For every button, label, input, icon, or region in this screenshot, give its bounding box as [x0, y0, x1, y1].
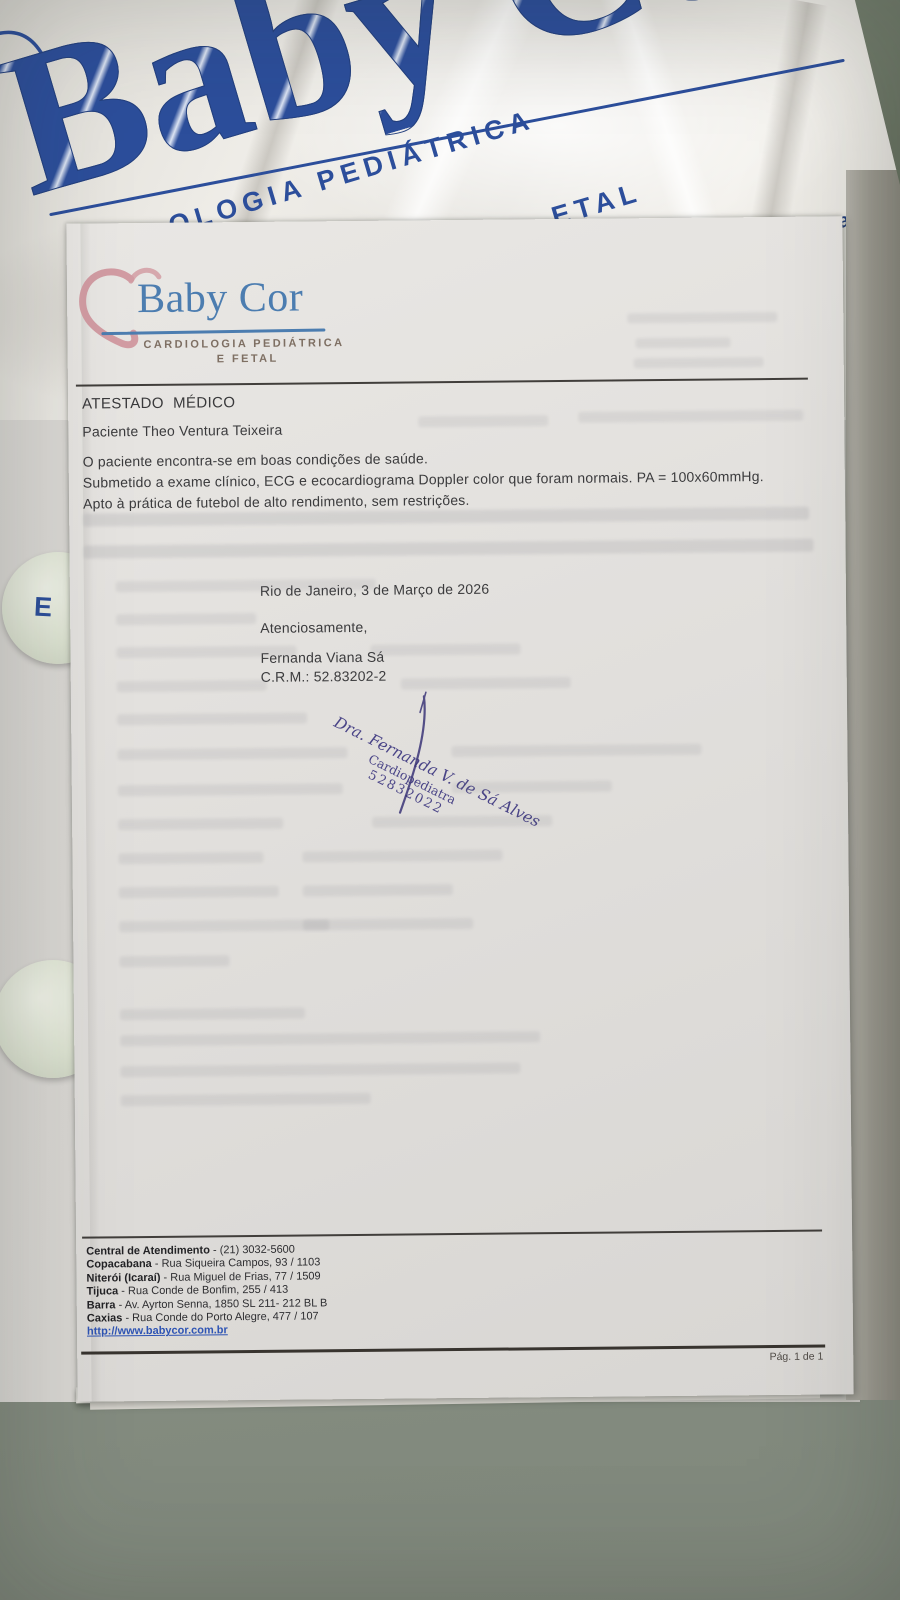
- footer-label: Barra: [87, 1299, 116, 1311]
- bleed-through-line: [401, 677, 571, 690]
- bleed-through-line: [119, 919, 329, 932]
- footer-rule: [82, 1230, 822, 1239]
- footer-value: - Av. Ayrton Senna, 1850 SL 211- 212 BL …: [115, 1297, 327, 1311]
- crm-line: C.R.M.: 52.83202-2: [261, 668, 387, 685]
- bleed-through-line: [302, 850, 502, 863]
- body-line-3: Apto à prática de futebol de alto rendim…: [83, 492, 470, 512]
- letterhead-caption-1: CARDIOLOGIA PEDIÁTRICA: [143, 337, 344, 351]
- patient-line: Paciente Theo Ventura Teixeira: [82, 422, 282, 440]
- footer-block: Central de Atendimento - (21) 3032-5600 …: [86, 1243, 327, 1339]
- bleed-through-line: [635, 337, 730, 348]
- bleed-through-line: [118, 818, 283, 831]
- photo-scene: Baby Cor OLOGIA PEDIÁTRICA ETAL ma E Bab…: [0, 0, 900, 1600]
- bleed-through-line: [117, 712, 307, 725]
- bleed-through-line: [627, 312, 777, 323]
- bleed-through-line: [451, 744, 701, 757]
- website-url: http://www.babycor.com.br: [87, 1324, 328, 1340]
- footer-label: Tijuca: [87, 1286, 119, 1298]
- bleed-through-line: [116, 646, 296, 659]
- bleed-through-line: [116, 613, 256, 625]
- footer-value: - Rua Conde do Porto Alegre, 477 / 107: [122, 1310, 318, 1324]
- bleed-through-line: [418, 415, 548, 427]
- footer-label: Central de Atendimento: [86, 1244, 210, 1257]
- bleed-through-line: [303, 918, 473, 931]
- bleed-through-line: [452, 781, 612, 794]
- bleed-through-line: [303, 884, 453, 896]
- body-line-1: O paciente encontra-se em boas condições…: [83, 450, 429, 469]
- pen-signature-stroke: [389, 682, 444, 823]
- bleed-through-line: [119, 886, 279, 899]
- document-title: ATESTADO MÉDICO: [82, 394, 236, 412]
- footer-value: - (21) 3032-5600: [210, 1244, 295, 1257]
- bleed-through-line: [117, 680, 267, 692]
- bleed-through-line: [121, 1093, 371, 1106]
- letterhead-brand: Baby Cor: [137, 273, 304, 323]
- footer-label: Caxias: [87, 1312, 123, 1324]
- footer-value: - Rua Siqueira Campos, 93 / 1103: [152, 1257, 321, 1271]
- folder-tab-letter: E: [33, 592, 53, 624]
- bleed-through-line: [118, 783, 343, 796]
- bleed-through-line: [120, 1031, 540, 1046]
- bleed-through-line: [83, 539, 813, 559]
- bleed-through-line: [117, 747, 347, 760]
- bleed-through-line: [120, 1062, 520, 1077]
- bleed-through-line: [120, 1007, 305, 1020]
- bleed-through-line: [634, 357, 764, 368]
- footer-value: - Rua Miguel de Frias, 77 / 1509: [160, 1270, 320, 1284]
- page-number: Pág. 1 de 1: [677, 1351, 823, 1364]
- body-line-2: Submetido a exame clínico, ECG e ecocard…: [83, 468, 764, 491]
- bleed-through-line: [370, 643, 520, 655]
- footer-value: - Rua Conde de Bonfim, 255 / 413: [118, 1284, 288, 1298]
- footer-label: Niterói (Icaraí): [86, 1272, 160, 1285]
- bleed-through-line: [118, 852, 263, 864]
- letterhead-caption-2: E FETAL: [144, 352, 352, 366]
- footer-line: Niterói (Icaraí) - Rua Miguel de Frias, …: [86, 1270, 327, 1286]
- bleed-through-line: [578, 410, 803, 423]
- bleed-through-line: [119, 955, 229, 967]
- closing-line: Atenciosamente,: [260, 619, 367, 636]
- header-rule: [76, 378, 808, 387]
- bleed-through-line: [372, 815, 552, 828]
- footer-label: Copacabana: [86, 1258, 152, 1271]
- right-shadow-strip: [846, 170, 900, 1400]
- medical-certificate-page: Baby Cor CARDIOLOGIA PEDIÁTRICA E FETAL …: [66, 216, 853, 1401]
